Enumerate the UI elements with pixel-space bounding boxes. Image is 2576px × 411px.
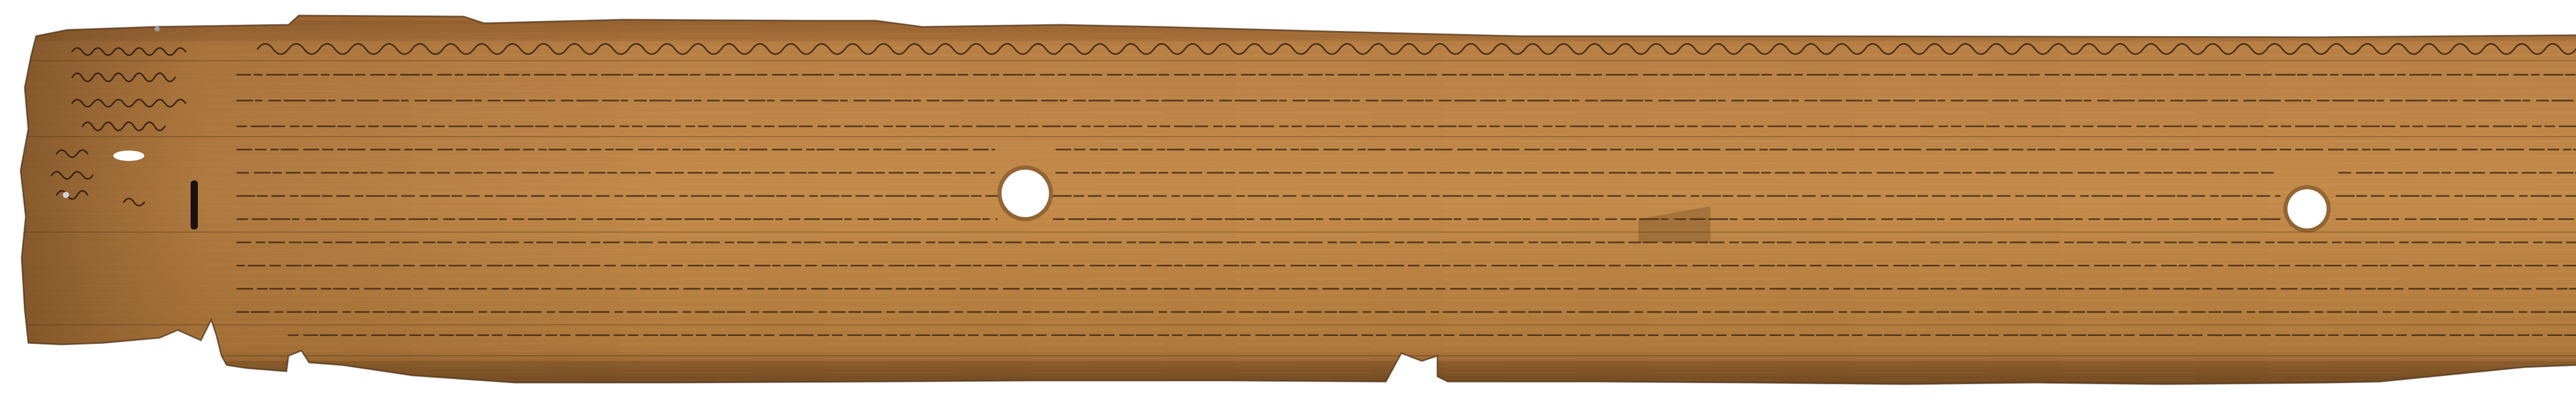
binding-hole-left xyxy=(1002,170,1049,217)
manuscript-page: 1 handwritten Tamil script, not transcri… xyxy=(0,0,2576,411)
margin-ink-mark xyxy=(191,180,198,229)
palm-leaf xyxy=(0,0,2576,411)
binding-hole-right xyxy=(2287,189,2327,228)
slot-hole xyxy=(113,151,144,161)
